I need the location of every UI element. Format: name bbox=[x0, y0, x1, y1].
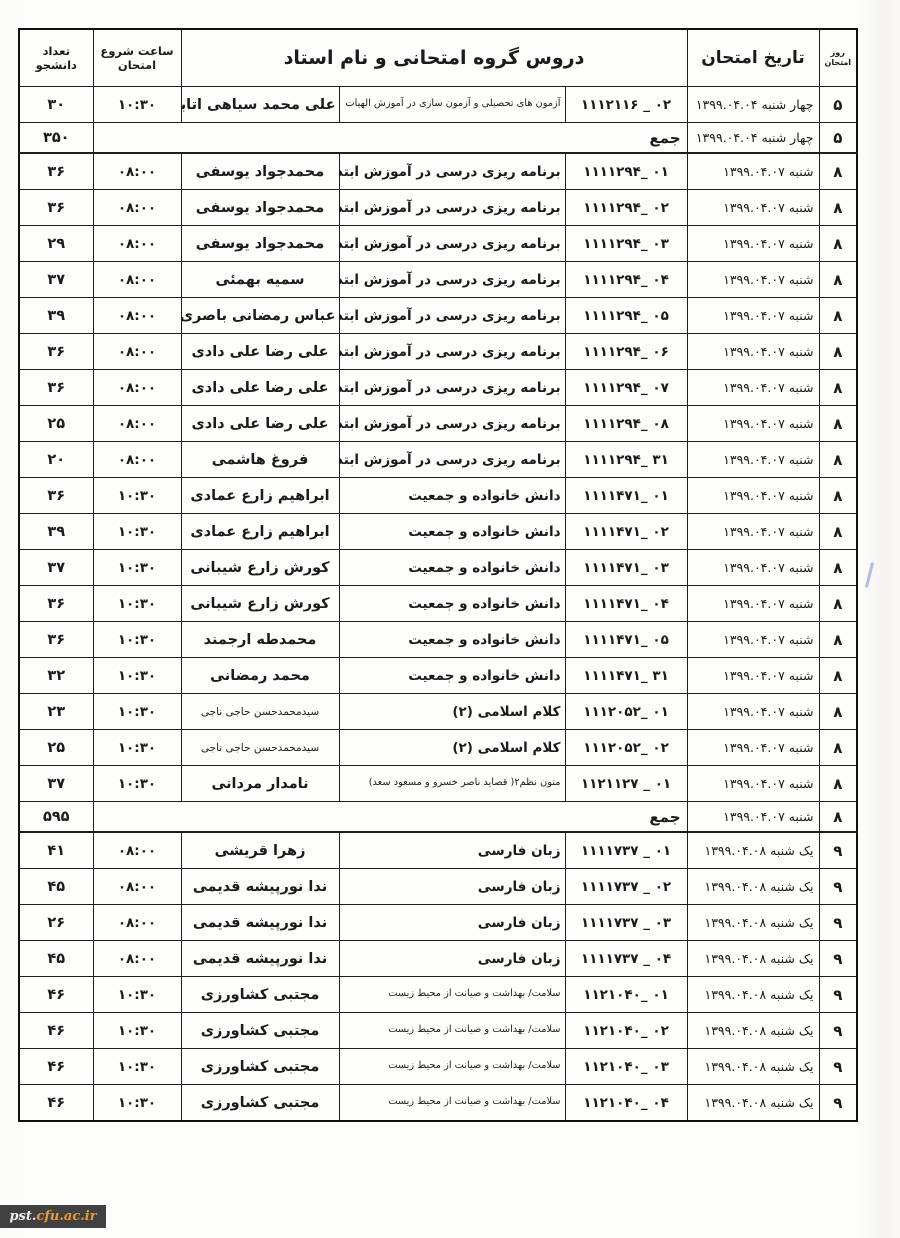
start-time-cell: ۱۰:۳۰ bbox=[93, 730, 181, 766]
exam-row: ۸شنبه ۱۳۹۹.۰۴.۰۷۱۱۱۱۲۹۴_ ۰۸برنامه ریزی د… bbox=[19, 406, 857, 442]
course-name-cell: دانش خانواده و جمعیت bbox=[339, 586, 565, 622]
exam-row: ۵چهار شنبه ۱۳۹۹.۰۴.۰۴۱۱۱۲۱۱۶ _ ۰۲آزمون ه… bbox=[19, 87, 857, 123]
watermark-domain: cfu.ac.ir bbox=[36, 1209, 96, 1224]
professor-cell: زهرا قریشی bbox=[181, 832, 339, 869]
professor-cell: علی رضا علی دادی bbox=[181, 334, 339, 370]
exam-row: ۸شنبه ۱۳۹۹.۰۴.۰۷۱۱۱۱۴۷۱_ ۰۲دانش خانواده … bbox=[19, 514, 857, 550]
course-name-cell: دانش خانواده و جمعیت bbox=[339, 622, 565, 658]
exam-day-cell: ۸ bbox=[819, 550, 857, 586]
exam-date-cell: شنبه ۱۳۹۹.۰۴.۰۷ bbox=[687, 298, 819, 334]
exam-day-cell: ۹ bbox=[819, 1085, 857, 1122]
course-name-cell: دانش خانواده و جمعیت bbox=[339, 514, 565, 550]
header-student-count: تعداد دانشجو bbox=[19, 29, 93, 87]
course-code-cell: ۱۱۱۱۴۷۱_ ۳۱ bbox=[565, 658, 687, 694]
exam-row: ۹یک شنبه ۱۳۹۹.۰۴.۰۸۱۱۲۱۰۴۰_ ۰۴سلامت/ بهد… bbox=[19, 1085, 857, 1122]
start-time-cell: ۱۰:۳۰ bbox=[93, 586, 181, 622]
start-time-cell: ۰۸:۰۰ bbox=[93, 190, 181, 226]
course-name-cell: متون نظم۲( قصاید ناصر خسرو و مسعود سعد) bbox=[339, 766, 565, 802]
exam-date-cell: شنبه ۱۳۹۹.۰۴.۰۷ bbox=[687, 586, 819, 622]
course-name-cell: سلامت/ بهداشت و صیانت از محیط زیست bbox=[339, 977, 565, 1013]
professor-cell: کورش زارع شیبانی bbox=[181, 586, 339, 622]
course-code-value: ۱۱۱۱۷۳۷ _ ۰۳ bbox=[581, 915, 671, 931]
start-time-cell: ۰۸:۰۰ bbox=[93, 905, 181, 941]
course-name-cell: کلام اسلامی (۲) bbox=[339, 730, 565, 766]
student-count-cell: ۲۵ bbox=[19, 406, 93, 442]
course-name-cell: برنامه ریزی درسی در آموزش ابتدایی bbox=[339, 442, 565, 478]
course-code-value: ۱۱۱۱۲۹۴_ ۰۴ bbox=[583, 272, 669, 288]
student-count-cell: ۴۵ bbox=[19, 869, 93, 905]
course-code-cell: ۱۱۲۱۰۴۰_ ۰۲ bbox=[565, 1013, 687, 1049]
exam-row: ۸شنبه ۱۳۹۹.۰۴.۰۷۱۱۱۱۲۹۴_ ۰۴برنامه ریزی د… bbox=[19, 262, 857, 298]
student-count-cell: ۳۶ bbox=[19, 478, 93, 514]
exam-row: ۸شنبه ۱۳۹۹.۰۴.۰۷۱۱۱۱۲۹۴_ ۰۲برنامه ریزی د… bbox=[19, 190, 857, 226]
total-label-cell: جمع bbox=[93, 802, 687, 833]
course-name-cell: برنامه ریزی درسی در آموزش ابتدایی bbox=[339, 406, 565, 442]
total-row: ۸شنبه ۱۳۹۹.۰۴.۰۷جمع۵۹۵ bbox=[19, 802, 857, 833]
exam-date-cell: شنبه ۱۳۹۹.۰۴.۰۷ bbox=[687, 802, 819, 833]
professor-cell: علی محمد سیاهی اتابکی bbox=[181, 87, 339, 123]
course-name-cell: برنامه ریزی درسی در آموزش ابتدایی bbox=[339, 370, 565, 406]
table-header-row: روز امتحان تاریخ امتحان دروس گروه امتحان… bbox=[19, 29, 857, 87]
course-code-cell: ۱۱۲۱۰۴۰_ ۰۱ bbox=[565, 977, 687, 1013]
student-count-cell: ۳۶ bbox=[19, 334, 93, 370]
course-code-value: ۱۱۲۱۰۴۰_ ۰۱ bbox=[583, 987, 669, 1003]
student-count-cell: ۳۶ bbox=[19, 153, 93, 190]
course-code-cell: ۱۱۱۲۰۵۲_ ۰۱ bbox=[565, 694, 687, 730]
exam-row: ۸شنبه ۱۳۹۹.۰۴.۰۷۱۱۱۱۲۹۴_ ۰۳برنامه ریزی د… bbox=[19, 226, 857, 262]
exam-row: ۸شنبه ۱۳۹۹.۰۴.۰۷۱۱۱۱۲۹۴_ ۰۵برنامه ریزی د… bbox=[19, 298, 857, 334]
exam-day-cell: ۸ bbox=[819, 334, 857, 370]
professor-cell: علی رضا علی دادی bbox=[181, 406, 339, 442]
exam-date-cell: یک شنبه ۱۳۹۹.۰۴.۰۸ bbox=[687, 1085, 819, 1122]
watermark-prefix: pst. bbox=[9, 1209, 36, 1224]
exam-day-cell: ۹ bbox=[819, 905, 857, 941]
exam-date-cell: یک شنبه ۱۳۹۹.۰۴.۰۸ bbox=[687, 905, 819, 941]
student-count-cell: ۳۷ bbox=[19, 766, 93, 802]
student-count-cell: ۴۱ bbox=[19, 832, 93, 869]
professor-cell: ندا نورپیشه قدیمی bbox=[181, 905, 339, 941]
professor-cell: محمدطه ارجمند bbox=[181, 622, 339, 658]
course-name-cell: سلامت/ بهداشت و صیانت از محیط زیست bbox=[339, 1049, 565, 1085]
course-name-cell: برنامه ریزی درسی در آموزش ابتدایی bbox=[339, 190, 565, 226]
professor-cell: عباس رمضانی باصری bbox=[181, 298, 339, 334]
start-time-cell: ۰۸:۰۰ bbox=[93, 442, 181, 478]
student-count-cell: ۳۶ bbox=[19, 370, 93, 406]
professor-cell: ندا نورپیشه قدیمی bbox=[181, 941, 339, 977]
exam-row: ۹یک شنبه ۱۳۹۹.۰۴.۰۸۱۱۲۱۰۴۰_ ۰۲سلامت/ بهد… bbox=[19, 1013, 857, 1049]
start-time-cell: ۰۸:۰۰ bbox=[93, 298, 181, 334]
course-code-value: ۱۱۱۱۲۹۴_ ۳۱ bbox=[583, 452, 669, 468]
course-code-cell: ۱۱۱۱۲۹۴_ ۰۷ bbox=[565, 370, 687, 406]
exam-row: ۸شنبه ۱۳۹۹.۰۴.۰۷۱۱۱۱۴۷۱_ ۳۱دانش خانواده … bbox=[19, 658, 857, 694]
student-count-cell: ۳۶ bbox=[19, 190, 93, 226]
course-code-value: ۱۱۱۱۲۹۴_ ۰۷ bbox=[583, 380, 669, 396]
exam-day-cell: ۸ bbox=[819, 802, 857, 833]
course-name-cell: برنامه ریزی درسی در آموزش ابتدایی bbox=[339, 153, 565, 190]
student-count-cell: ۳۷ bbox=[19, 262, 93, 298]
exam-date-cell: یک شنبه ۱۳۹۹.۰۴.۰۸ bbox=[687, 869, 819, 905]
course-code-cell: ۱۱۱۱۴۷۱_ ۰۲ bbox=[565, 514, 687, 550]
course-code-cell: ۱۱۱۱۲۹۴_ ۳۱ bbox=[565, 442, 687, 478]
course-code-value: ۱۱۱۱۴۷۱_ ۰۲ bbox=[583, 524, 669, 540]
total-label-cell: جمع bbox=[93, 123, 687, 154]
course-name-cell: برنامه ریزی درسی در آموزش ابتدایی bbox=[339, 262, 565, 298]
course-name-cell: برنامه ریزی درسی در آموزش ابتدایی bbox=[339, 226, 565, 262]
course-code-value: ۱۱۱۱۲۹۴_ ۰۱ bbox=[583, 164, 669, 180]
exam-date-cell: شنبه ۱۳۹۹.۰۴.۰۷ bbox=[687, 622, 819, 658]
total-row: ۵چهار شنبه ۱۳۹۹.۰۴.۰۴جمع۳۵۰ bbox=[19, 123, 857, 154]
course-name-cell: آزمون های تحصیلی و آزمون سازی در آموزش ا… bbox=[339, 87, 565, 123]
professor-cell: محمدجواد یوسفی bbox=[181, 153, 339, 190]
course-code-cell: ۱۱۱۱۷۳۷ _ ۰۱ bbox=[565, 832, 687, 869]
course-code-value: ۱۱۲۱۰۴۰_ ۰۲ bbox=[583, 1023, 669, 1039]
course-code-value: ۱۱۱۱۷۳۷ _ ۰۱ bbox=[581, 843, 671, 859]
course-code-cell: ۱۱۱۱۲۹۴_ ۰۸ bbox=[565, 406, 687, 442]
exam-date-cell: شنبه ۱۳۹۹.۰۴.۰۷ bbox=[687, 478, 819, 514]
student-count-cell: ۵۹۵ bbox=[19, 802, 93, 833]
exam-date-cell: شنبه ۱۳۹۹.۰۴.۰۷ bbox=[687, 262, 819, 298]
professor-cell: سمیه بهمئی bbox=[181, 262, 339, 298]
exam-day-cell: ۸ bbox=[819, 766, 857, 802]
exam-day-cell: ۸ bbox=[819, 694, 857, 730]
professor-cell: ابراهیم زارع عمادی bbox=[181, 478, 339, 514]
exam-day-cell: ۸ bbox=[819, 406, 857, 442]
exam-row: ۹یک شنبه ۱۳۹۹.۰۴.۰۸۱۱۱۱۷۳۷ _ ۰۳زبان فارس… bbox=[19, 905, 857, 941]
schedule-rows: ۵چهار شنبه ۱۳۹۹.۰۴.۰۴۱۱۱۲۱۱۶ _ ۰۲آزمون ه… bbox=[19, 87, 857, 1122]
professor-cell: ندا نورپیشه قدیمی bbox=[181, 869, 339, 905]
site-watermark: pst.cfu.ac.ir bbox=[0, 1205, 106, 1228]
exam-row: ۸شنبه ۱۳۹۹.۰۴.۰۷۱۱۱۱۴۷۱_ ۰۱دانش خانواده … bbox=[19, 478, 857, 514]
course-code-cell: ۱۱۱۱۲۹۴_ ۰۳ bbox=[565, 226, 687, 262]
exam-date-cell: یک شنبه ۱۳۹۹.۰۴.۰۸ bbox=[687, 1013, 819, 1049]
professor-cell: محمدجواد یوسفی bbox=[181, 226, 339, 262]
exam-day-cell: ۸ bbox=[819, 730, 857, 766]
course-code-cell: ۱۱۱۱۲۹۴_ ۰۲ bbox=[565, 190, 687, 226]
course-code-value: ۱۱۱۱۴۷۱_ ۰۵ bbox=[583, 632, 669, 648]
exam-day-cell: ۵ bbox=[819, 87, 857, 123]
course-code-cell: ۱۱۱۱۷۳۷ _ ۰۳ bbox=[565, 905, 687, 941]
exam-date-cell: شنبه ۱۳۹۹.۰۴.۰۷ bbox=[687, 190, 819, 226]
course-name-cell: زبان فارسی bbox=[339, 905, 565, 941]
header-course-group: دروس گروه امتحانی و نام استاد bbox=[181, 29, 687, 87]
course-code-value: ۱۱۱۲۰۵۲_ ۰۱ bbox=[583, 704, 669, 720]
student-count-cell: ۳۶ bbox=[19, 586, 93, 622]
start-time-cell: ۰۸:۰۰ bbox=[93, 262, 181, 298]
course-code-value: ۱۱۲۱۰۴۰_ ۰۳ bbox=[583, 1059, 669, 1075]
exam-date-cell: یک شنبه ۱۳۹۹.۰۴.۰۸ bbox=[687, 1049, 819, 1085]
course-name-cell: دانش خانواده و جمعیت bbox=[339, 478, 565, 514]
exam-date-cell: چهار شنبه ۱۳۹۹.۰۴.۰۴ bbox=[687, 87, 819, 123]
professor-cell: نامدار مردانی bbox=[181, 766, 339, 802]
header-exam-day: روز امتحان bbox=[819, 29, 857, 87]
course-name-cell: دانش خانواده و جمعیت bbox=[339, 550, 565, 586]
start-time-cell: ۰۸:۰۰ bbox=[93, 370, 181, 406]
exam-row: ۸شنبه ۱۳۹۹.۰۴.۰۷۱۱۱۱۴۷۱_ ۰۳دانش خانواده … bbox=[19, 550, 857, 586]
course-code-cell: ۱۱۱۱۴۷۱_ ۰۳ bbox=[565, 550, 687, 586]
professor-cell: مجتبی کشاورزی bbox=[181, 977, 339, 1013]
exam-day-cell: ۹ bbox=[819, 1013, 857, 1049]
course-name-cell: زبان فارسی bbox=[339, 941, 565, 977]
student-count-cell: ۲۵ bbox=[19, 730, 93, 766]
course-code-value: ۱۱۱۱۲۹۴_ ۰۵ bbox=[583, 308, 669, 324]
exam-date-cell: شنبه ۱۳۹۹.۰۴.۰۷ bbox=[687, 550, 819, 586]
course-code-cell: ۱۱۱۱۲۹۴_ ۰۶ bbox=[565, 334, 687, 370]
start-time-cell: ۰۸:۰۰ bbox=[93, 869, 181, 905]
header-exam-date: تاریخ امتحان bbox=[687, 29, 819, 87]
exam-day-cell: ۸ bbox=[819, 226, 857, 262]
start-time-cell: ۱۰:۳۰ bbox=[93, 478, 181, 514]
course-code-cell: ۱۱۲۱۰۴۰_ ۰۳ bbox=[565, 1049, 687, 1085]
start-time-cell: ۰۸:۰۰ bbox=[93, 832, 181, 869]
header-start-time: ساعت شروع امتحان bbox=[93, 29, 181, 87]
professor-cell: مجتبی کشاورزی bbox=[181, 1049, 339, 1085]
start-time-cell: ۱۰:۳۰ bbox=[93, 622, 181, 658]
exam-day-cell: ۸ bbox=[819, 262, 857, 298]
student-count-cell: ۲۶ bbox=[19, 905, 93, 941]
exam-date-cell: چهار شنبه ۱۳۹۹.۰۴.۰۴ bbox=[687, 123, 819, 154]
exam-row: ۹یک شنبه ۱۳۹۹.۰۴.۰۸۱۱۱۱۷۳۷ _ ۰۴زبان فارس… bbox=[19, 941, 857, 977]
student-count-cell: ۳۰ bbox=[19, 87, 93, 123]
start-time-cell: ۱۰:۳۰ bbox=[93, 766, 181, 802]
exam-row: ۸شنبه ۱۳۹۹.۰۴.۰۷۱۱۱۱۲۹۴_ ۰۱برنامه ریزی د… bbox=[19, 153, 857, 190]
exam-date-cell: شنبه ۱۳۹۹.۰۴.۰۷ bbox=[687, 730, 819, 766]
professor-cell: مجتبی کشاورزی bbox=[181, 1013, 339, 1049]
course-code-cell: ۱۱۱۱۴۷۱_ ۰۱ bbox=[565, 478, 687, 514]
start-time-cell: ۱۰:۳۰ bbox=[93, 1049, 181, 1085]
professor-cell: مجتبی کشاورزی bbox=[181, 1085, 339, 1122]
exam-row: ۸شنبه ۱۳۹۹.۰۴.۰۷۱۱۱۱۴۷۱_ ۰۵دانش خانواده … bbox=[19, 622, 857, 658]
exam-day-cell: ۸ bbox=[819, 478, 857, 514]
course-name-cell: زبان فارسی bbox=[339, 832, 565, 869]
course-code-cell: ۱۱۱۱۲۹۴_ ۰۵ bbox=[565, 298, 687, 334]
start-time-cell: ۱۰:۳۰ bbox=[93, 1085, 181, 1122]
exam-row: ۹یک شنبه ۱۳۹۹.۰۴.۰۸۱۱۱۱۷۳۷ _ ۰۲زبان فارس… bbox=[19, 869, 857, 905]
start-time-cell: ۱۰:۳۰ bbox=[93, 550, 181, 586]
professor-cell: سیدمحمدحسن حاجی ناجی bbox=[181, 694, 339, 730]
start-time-cell: ۰۸:۰۰ bbox=[93, 153, 181, 190]
exam-date-cell: شنبه ۱۳۹۹.۰۴.۰۷ bbox=[687, 153, 819, 190]
scanned-page-background: روز امتحان تاریخ امتحان دروس گروه امتحان… bbox=[0, 0, 900, 1238]
start-time-cell: ۱۰:۳۰ bbox=[93, 87, 181, 123]
student-count-cell: ۳۶ bbox=[19, 622, 93, 658]
exam-day-cell: ۸ bbox=[819, 153, 857, 190]
course-name-cell: برنامه ریزی درسی در آموزش ابتدایی bbox=[339, 334, 565, 370]
course-code-value: ۱۱۱۱۷۳۷ _ ۰۴ bbox=[581, 951, 671, 967]
professor-cell: ابراهیم زارع عمادی bbox=[181, 514, 339, 550]
student-count-cell: ۲۹ bbox=[19, 226, 93, 262]
student-count-cell: ۳۹ bbox=[19, 298, 93, 334]
course-code-cell: ۱۱۲۱۰۴۰_ ۰۴ bbox=[565, 1085, 687, 1122]
exam-day-cell: ۵ bbox=[819, 123, 857, 154]
course-code-value: ۱۱۲۱۰۴۰_ ۰۴ bbox=[583, 1095, 669, 1111]
course-name-cell: دانش خانواده و جمعیت bbox=[339, 658, 565, 694]
exam-row: ۸شنبه ۱۳۹۹.۰۴.۰۷۱۱۱۱۲۹۴_ ۰۶برنامه ریزی د… bbox=[19, 334, 857, 370]
course-code-value: ۱۱۱۲۰۵۲_ ۰۲ bbox=[583, 740, 669, 756]
exam-day-cell: ۸ bbox=[819, 622, 857, 658]
start-time-cell: ۱۰:۳۰ bbox=[93, 694, 181, 730]
exam-date-cell: شنبه ۱۳۹۹.۰۴.۰۷ bbox=[687, 514, 819, 550]
course-code-cell: ۱۱۱۱۴۷۱_ ۰۴ bbox=[565, 586, 687, 622]
course-code-value: ۱۱۱۱۲۹۴_ ۰۸ bbox=[583, 416, 669, 432]
course-name-cell: کلام اسلامی (۲) bbox=[339, 694, 565, 730]
student-count-cell: ۳۲ bbox=[19, 658, 93, 694]
course-code-cell: ۱۱۱۱۷۳۷ _ ۰۴ bbox=[565, 941, 687, 977]
student-count-cell: ۳۷ bbox=[19, 550, 93, 586]
start-time-cell: ۱۰:۳۰ bbox=[93, 1013, 181, 1049]
exam-date-cell: یک شنبه ۱۳۹۹.۰۴.۰۸ bbox=[687, 977, 819, 1013]
start-time-cell: ۰۸:۰۰ bbox=[93, 406, 181, 442]
student-count-cell: ۴۵ bbox=[19, 941, 93, 977]
exam-day-cell: ۹ bbox=[819, 869, 857, 905]
course-code-cell: ۱۱۱۲۱۱۶ _ ۰۲ bbox=[565, 87, 687, 123]
exam-date-cell: شنبه ۱۳۹۹.۰۴.۰۷ bbox=[687, 658, 819, 694]
exam-day-cell: ۸ bbox=[819, 190, 857, 226]
exam-day-cell: ۹ bbox=[819, 832, 857, 869]
course-code-value: ۱۱۱۱۲۹۴_ ۰۶ bbox=[583, 344, 669, 360]
start-time-cell: ۰۸:۰۰ bbox=[93, 226, 181, 262]
exam-date-cell: شنبه ۱۳۹۹.۰۴.۰۷ bbox=[687, 370, 819, 406]
exam-schedule-table: روز امتحان تاریخ امتحان دروس گروه امتحان… bbox=[18, 28, 858, 1122]
course-name-cell: برنامه ریزی درسی در آموزش ابتدایی bbox=[339, 298, 565, 334]
exam-row: ۸شنبه ۱۳۹۹.۰۴.۰۷۱۱۱۲۰۵۲_ ۰۱کلام اسلامی (… bbox=[19, 694, 857, 730]
exam-day-cell: ۸ bbox=[819, 586, 857, 622]
professor-cell: محمدجواد یوسفی bbox=[181, 190, 339, 226]
start-time-cell: ۱۰:۳۰ bbox=[93, 977, 181, 1013]
course-code-value: ۱۱۱۱۴۷۱_ ۰۱ bbox=[583, 488, 669, 504]
exam-date-cell: شنبه ۱۳۹۹.۰۴.۰۷ bbox=[687, 694, 819, 730]
student-count-cell: ۳۵۰ bbox=[19, 123, 93, 154]
course-code-cell: ۱۱۱۱۲۹۴_ ۰۱ bbox=[565, 153, 687, 190]
exam-row: ۸شنبه ۱۳۹۹.۰۴.۰۷۱۱۲۱۱۲۷ _ ۰۱متون نظم۲( ق… bbox=[19, 766, 857, 802]
course-code-value: ۱۱۱۱۴۷۱_ ۳۱ bbox=[583, 668, 669, 684]
course-name-cell: زبان فارسی bbox=[339, 869, 565, 905]
exam-day-cell: ۸ bbox=[819, 298, 857, 334]
professor-cell: علی رضا علی دادی bbox=[181, 370, 339, 406]
student-count-cell: ۴۶ bbox=[19, 1085, 93, 1122]
exam-day-cell: ۹ bbox=[819, 977, 857, 1013]
professor-cell: کورش زارع شیبانی bbox=[181, 550, 339, 586]
exam-row: ۹یک شنبه ۱۳۹۹.۰۴.۰۸۱۱۱۱۷۳۷ _ ۰۱زبان فارس… bbox=[19, 832, 857, 869]
course-code-value: ۱۱۱۱۴۷۱_ ۰۴ bbox=[583, 596, 669, 612]
exam-date-cell: شنبه ۱۳۹۹.۰۴.۰۷ bbox=[687, 406, 819, 442]
course-code-value: ۱۱۱۱۴۷۱_ ۰۳ bbox=[583, 560, 669, 576]
exam-row: ۸شنبه ۱۳۹۹.۰۴.۰۷۱۱۱۱۲۹۴_ ۰۷برنامه ریزی د… bbox=[19, 370, 857, 406]
exam-date-cell: یک شنبه ۱۳۹۹.۰۴.۰۸ bbox=[687, 941, 819, 977]
exam-day-cell: ۸ bbox=[819, 442, 857, 478]
student-count-cell: ۴۶ bbox=[19, 1049, 93, 1085]
course-code-cell: ۱۱۲۱۱۲۷ _ ۰۱ bbox=[565, 766, 687, 802]
course-code-value: ۱۱۱۱۲۹۴_ ۰۲ bbox=[583, 200, 669, 216]
professor-cell: فروغ هاشمی bbox=[181, 442, 339, 478]
exam-day-cell: ۸ bbox=[819, 514, 857, 550]
exam-day-cell: ۹ bbox=[819, 1049, 857, 1085]
exam-day-cell: ۸ bbox=[819, 658, 857, 694]
exam-date-cell: شنبه ۱۳۹۹.۰۴.۰۷ bbox=[687, 442, 819, 478]
exam-date-cell: شنبه ۱۳۹۹.۰۴.۰۷ bbox=[687, 334, 819, 370]
professor-cell: سیدمحمدحسن حاجی ناجی bbox=[181, 730, 339, 766]
exam-row: ۸شنبه ۱۳۹۹.۰۴.۰۷۱۱۱۱۲۹۴_ ۳۱برنامه ریزی د… bbox=[19, 442, 857, 478]
professor-cell: محمد رمضانی bbox=[181, 658, 339, 694]
course-code-value: ۱۱۱۱۲۹۴_ ۰۳ bbox=[583, 236, 669, 252]
start-time-cell: ۰۸:۰۰ bbox=[93, 941, 181, 977]
course-code-cell: ۱۱۱۲۰۵۲_ ۰۲ bbox=[565, 730, 687, 766]
course-code-value: ۱۱۲۱۱۲۷ _ ۰۱ bbox=[581, 776, 671, 792]
exam-date-cell: یک شنبه ۱۳۹۹.۰۴.۰۸ bbox=[687, 832, 819, 869]
exam-row: ۹یک شنبه ۱۳۹۹.۰۴.۰۸۱۱۲۱۰۴۰_ ۰۳سلامت/ بهد… bbox=[19, 1049, 857, 1085]
exam-day-cell: ۸ bbox=[819, 370, 857, 406]
student-count-cell: ۴۶ bbox=[19, 1013, 93, 1049]
course-code-value: ۱۱۱۱۷۳۷ _ ۰۲ bbox=[581, 879, 671, 895]
course-code-cell: ۱۱۱۱۷۳۷ _ ۰۲ bbox=[565, 869, 687, 905]
exam-row: ۹یک شنبه ۱۳۹۹.۰۴.۰۸۱۱۲۱۰۴۰_ ۰۱سلامت/ بهد… bbox=[19, 977, 857, 1013]
course-code-cell: ۱۱۱۱۲۹۴_ ۰۴ bbox=[565, 262, 687, 298]
student-count-cell: ۲۰ bbox=[19, 442, 93, 478]
course-code-value: ۱۱۱۲۱۱۶ _ ۰۲ bbox=[581, 97, 671, 113]
exam-row: ۸شنبه ۱۳۹۹.۰۴.۰۷۱۱۱۲۰۵۲_ ۰۲کلام اسلامی (… bbox=[19, 730, 857, 766]
student-count-cell: ۳۹ bbox=[19, 514, 93, 550]
exam-date-cell: شنبه ۱۳۹۹.۰۴.۰۷ bbox=[687, 766, 819, 802]
exam-date-cell: شنبه ۱۳۹۹.۰۴.۰۷ bbox=[687, 226, 819, 262]
start-time-cell: ۱۰:۳۰ bbox=[93, 514, 181, 550]
course-name-cell: سلامت/ بهداشت و صیانت از محیط زیست bbox=[339, 1085, 565, 1122]
course-code-cell: ۱۱۱۱۴۷۱_ ۰۵ bbox=[565, 622, 687, 658]
exam-row: ۸شنبه ۱۳۹۹.۰۴.۰۷۱۱۱۱۴۷۱_ ۰۴دانش خانواده … bbox=[19, 586, 857, 622]
student-count-cell: ۴۶ bbox=[19, 977, 93, 1013]
student-count-cell: ۲۳ bbox=[19, 694, 93, 730]
exam-day-cell: ۹ bbox=[819, 941, 857, 977]
scan-artifact-pen-mark bbox=[865, 562, 874, 588]
course-name-cell: سلامت/ بهداشت و صیانت از محیط زیست bbox=[339, 1013, 565, 1049]
start-time-cell: ۱۰:۳۰ bbox=[93, 658, 181, 694]
start-time-cell: ۰۸:۰۰ bbox=[93, 334, 181, 370]
